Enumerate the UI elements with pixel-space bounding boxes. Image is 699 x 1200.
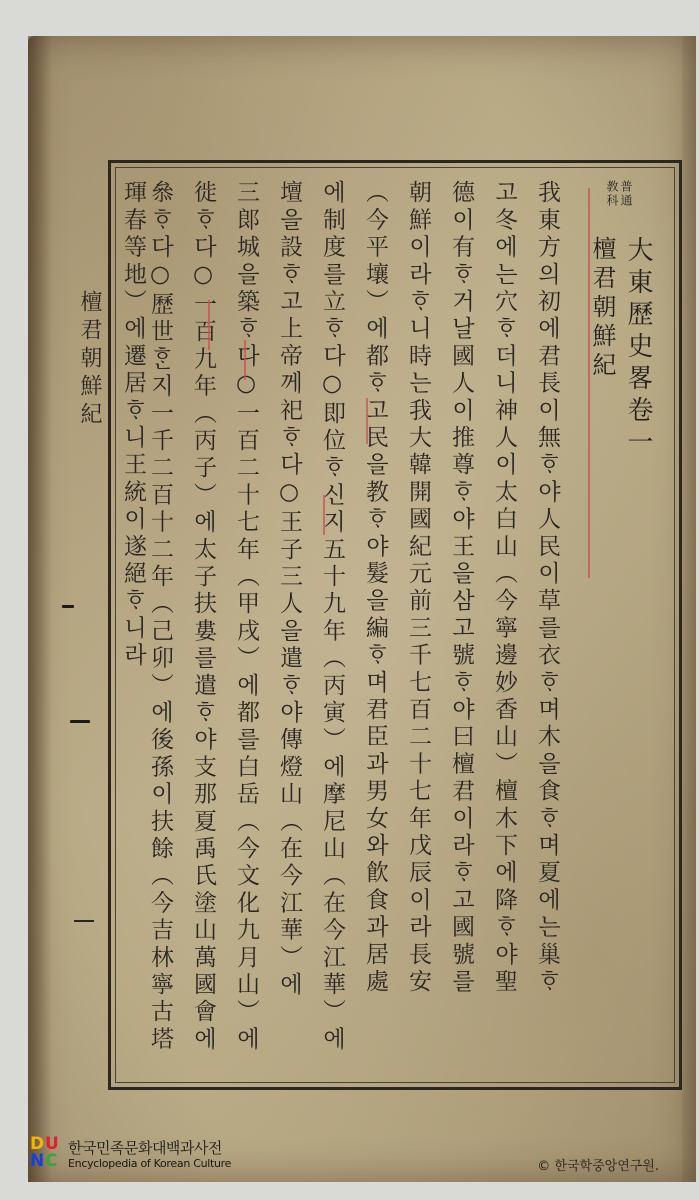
series-label-line-2: 教科 <box>605 180 619 240</box>
text-column-2: 고冬에는穴ᄒᆞ더니神人이太白山（今寧邊妙香山）檀木下에降ᄒᆞ야聖 <box>489 180 519 996</box>
dunc-logo-icon: D U N C <box>30 1136 64 1172</box>
series-label-line-1: 普通 <box>619 180 633 240</box>
text-column-5: （今平壤）에都ᄒᆞ고民을教ᄒᆞ야髮을編ᄒᆞ며君臣과男女와飮食과居處 <box>360 180 390 996</box>
margin-tick-mark <box>62 605 74 608</box>
encyclopedia-logo: D U N C 한국민족문화대백과사전 Encyclopedia of Kore… <box>30 1136 231 1172</box>
red-pencil-mark <box>323 495 325 535</box>
text-column-6: 에制度를立ᄒᆞ다○即位ᄒᆞ신지五十九年（丙寅）에摩尼山（在今江華）에 <box>317 180 347 1053</box>
text-column-9: 徙ᄒᆞ다○一百九年（丙子）에太子扶婁를遣ᄒᆞ야支那夏禹氏塗山萬國會에 <box>188 180 218 1053</box>
margin-tick-mark <box>70 720 90 723</box>
text-column-11: 琿春等地）에遷居ᄒᆞ니王統이遂絕ᄒᆞ니라 <box>118 180 148 670</box>
red-pencil-mark <box>244 340 246 380</box>
text-column-4: 朝鮮이라ᄒᆞ니時는我大韓開國紀元前三千七百二十七年戊辰이라長安 <box>403 180 433 996</box>
red-pencil-mark <box>588 188 590 578</box>
series-label: 普通 教科 <box>603 180 633 240</box>
page-edge <box>682 36 696 1182</box>
chapter-title: 檀君朝鮮紀 <box>585 236 620 381</box>
text-column-8: 三郞城을築ᄒᆞ다○一百二十七年（甲戌）에都를白岳（今文化九月山）에 <box>231 180 261 1053</box>
text-column-7: 壇을設ᄒᆞ고上帝께祀ᄒᆞ다○王子三人을遣ᄒᆞ야傳燈山（在今江華）에 <box>274 180 304 999</box>
page-number-mark <box>74 920 94 922</box>
book-title: 大東歷史畧卷一 <box>620 236 657 460</box>
red-pencil-mark <box>208 300 210 350</box>
text-column-10: 叅ᄒᆞ다○歷世ᄒᆞᆫ지一千二百十二年（己卯）에後孫이扶餘（今吉林寧古塔 <box>145 180 175 1053</box>
text-column-1: 我東方의初에君長이無ᄒᆞ야人民이草를衣ᄒᆞ며木을食ᄒᆞ며夏에는巢ᄒᆞ <box>532 180 562 996</box>
logo-title-english: Encyclopedia of Korean Culture <box>68 1157 231 1170</box>
text-column-3: 德이有ᄒᆞ거날國人이推尊ᄒᆞ야王을삼고號ᄒᆞ야曰檀君이라ᄒᆞ고國號를 <box>446 180 476 996</box>
margin-chapter-title: 檀君朝鮮紀 <box>74 290 105 430</box>
copyright-notice: © 한국학중앙연구원. <box>537 1155 659 1174</box>
red-pencil-mark <box>366 398 368 444</box>
logo-title-korean: 한국민족문화대백과사전 <box>68 1139 231 1157</box>
